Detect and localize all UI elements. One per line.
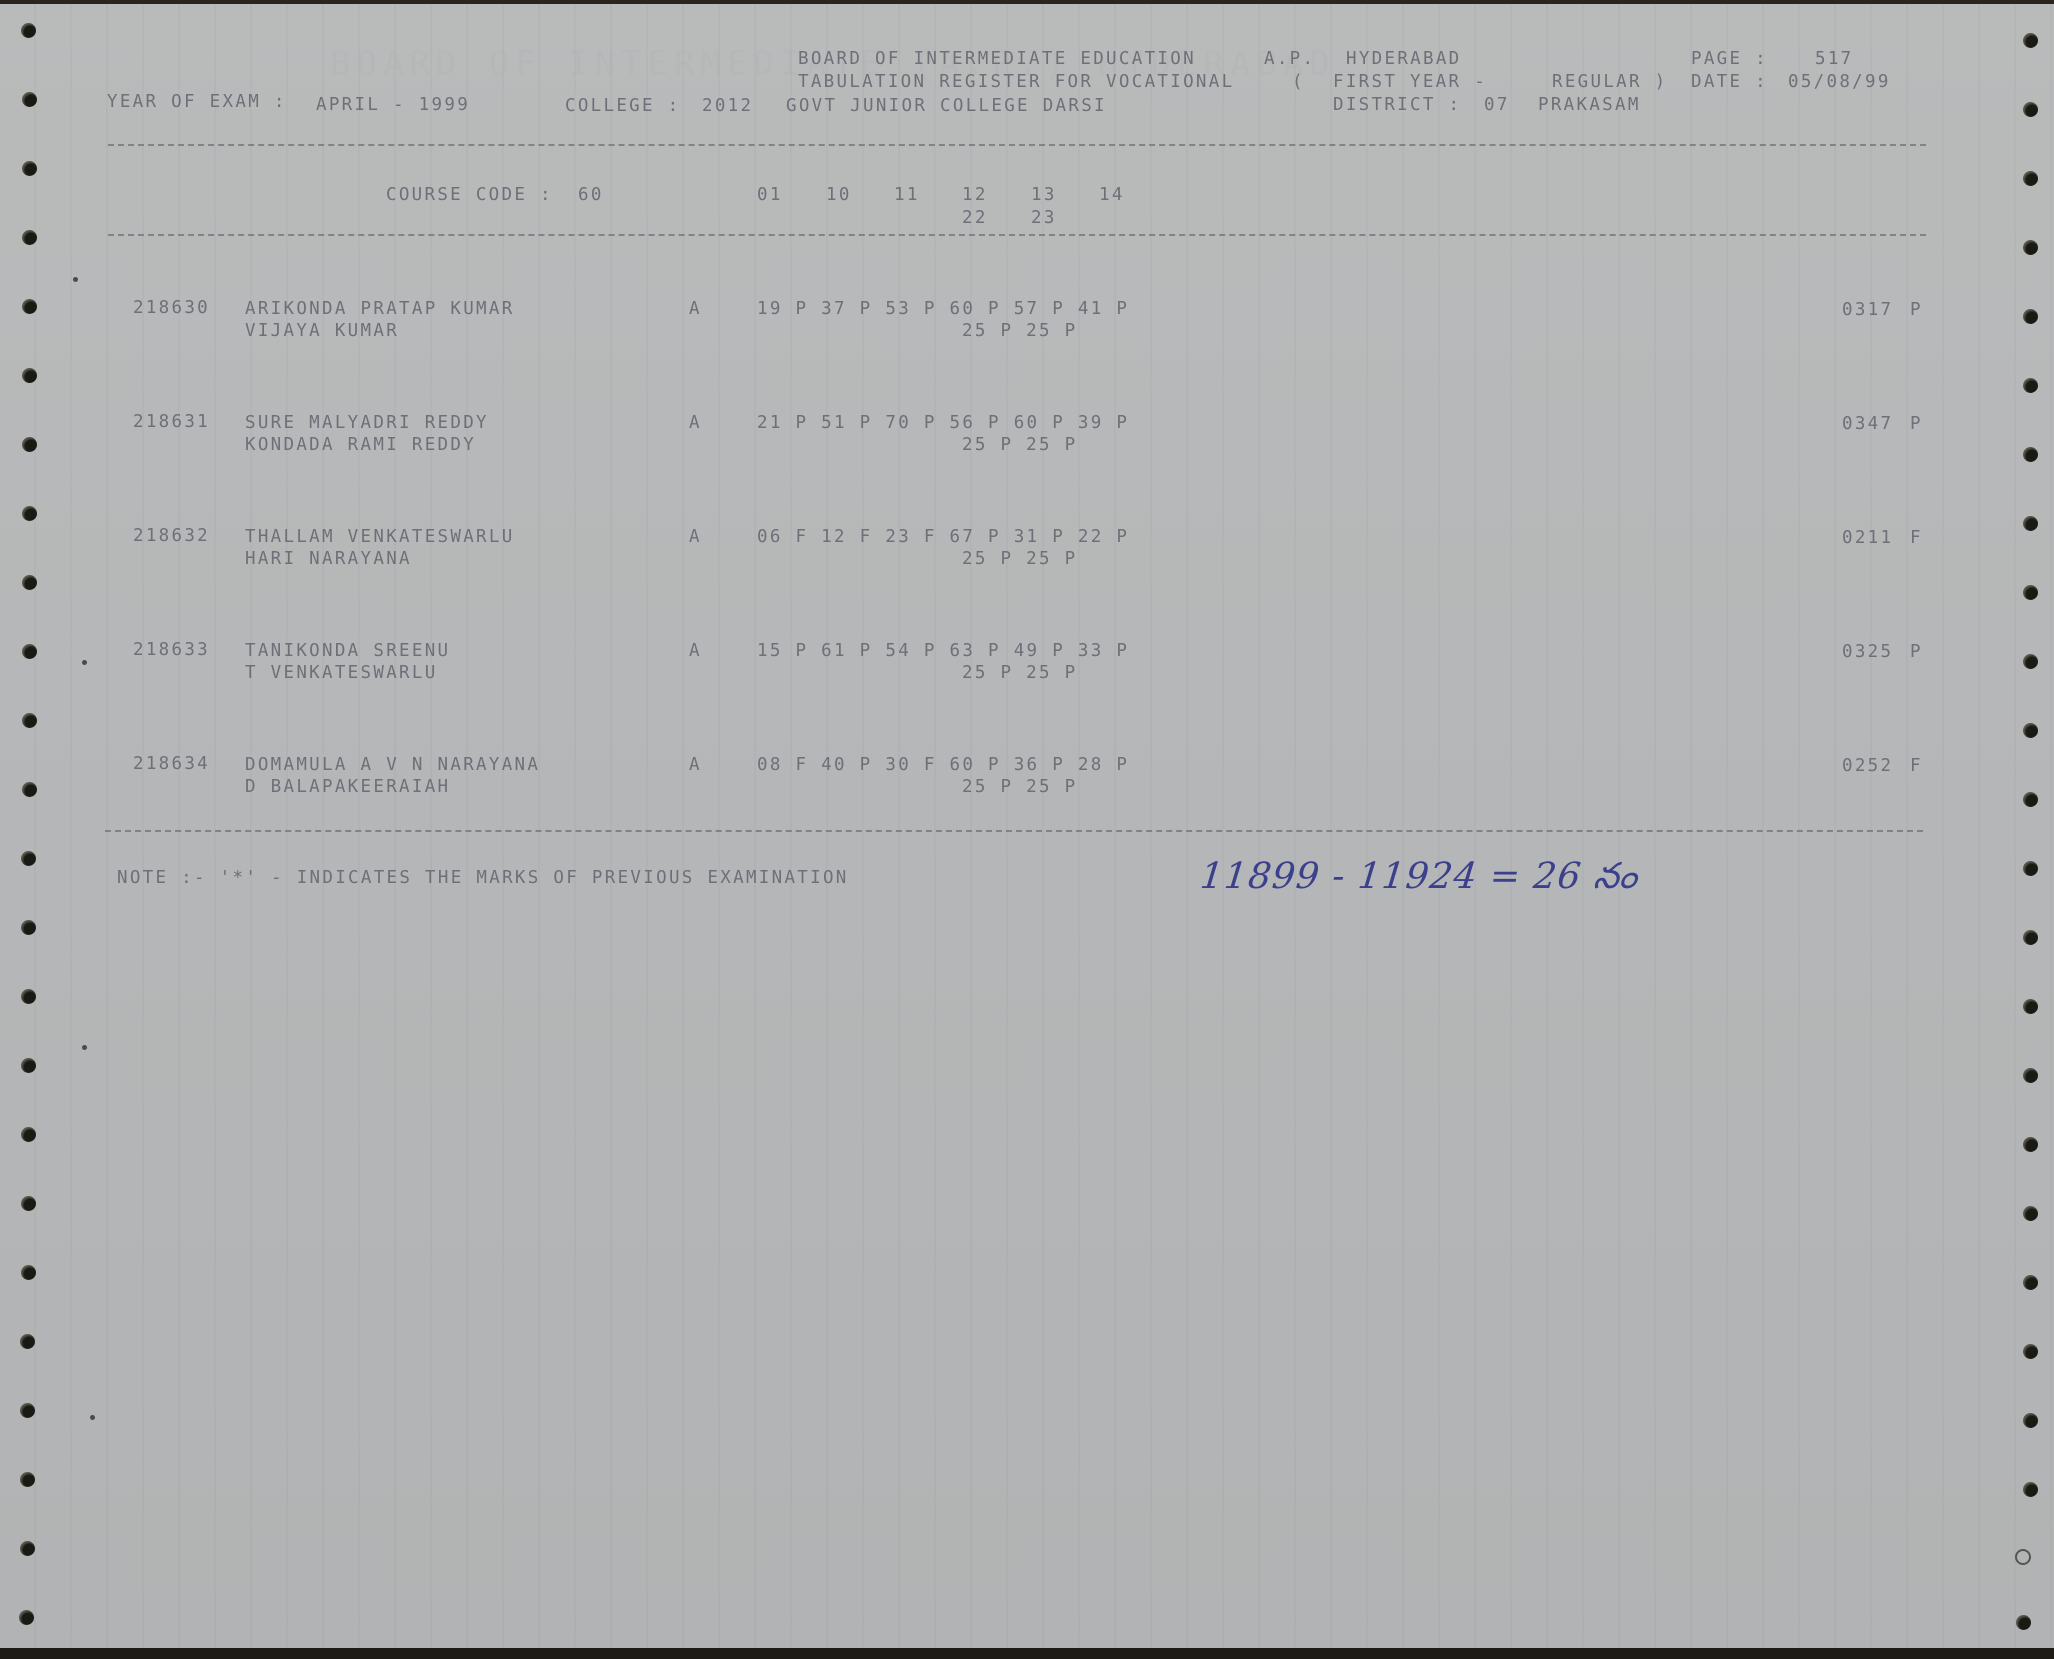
- year-of-exam-value: APRIL - 1999: [316, 95, 470, 115]
- torn-sprocket-hole-icon: [2015, 1549, 2031, 1565]
- sprocket-hole-icon: [22, 506, 37, 521]
- student-name: THALLAM VENKATESWARLU: [245, 527, 515, 547]
- college-label: COLLEGE :: [565, 96, 681, 116]
- sprocket-hole-icon: [2023, 1206, 2038, 1221]
- father-name: T VENKATESWARLU: [245, 663, 438, 683]
- sprocket-hole-icon: [2023, 240, 2038, 255]
- board-name: BOARD OF INTERMEDIATE EDUCATION: [798, 49, 1196, 69]
- result: F: [1910, 528, 1923, 548]
- sprocket-hole-icon: [2023, 1482, 2038, 1497]
- sprocket-hole-icon: [20, 1541, 35, 1556]
- sprocket-hole-icon: [2023, 723, 2038, 738]
- marks-line-2: 25 P 25 P: [962, 777, 1078, 797]
- columns-divider: [108, 234, 1926, 236]
- date-value: 05/08/99: [1788, 72, 1891, 92]
- page-label: PAGE :: [1691, 49, 1768, 69]
- subject-code: 12: [962, 185, 988, 205]
- sprocket-hole-icon: [20, 1472, 35, 1487]
- sprocket-hole-icon: [2023, 999, 2038, 1014]
- ink-speck: [82, 1045, 87, 1050]
- college-code: 2012: [702, 96, 753, 116]
- sprocket-hole-icon: [22, 437, 37, 452]
- subject-code: 13: [1031, 185, 1057, 205]
- printout-page: BOARD OF INTERMEDIATE (A.P.) HYDERABAD B…: [0, 4, 2054, 1650]
- sprocket-hole-icon: [2023, 1137, 2038, 1152]
- marks-line-1: 15 P 61 P 54 P 63 P 49 P 33 P: [757, 641, 1129, 661]
- roll-number: 218634: [133, 754, 210, 774]
- course-code-value: 60: [578, 185, 604, 205]
- district-name: PRAKASAM: [1538, 95, 1641, 115]
- category: A: [689, 527, 702, 547]
- sprocket-hole-icon: [22, 299, 37, 314]
- sprocket-hole-icon: [20, 1403, 35, 1418]
- district-code: 07: [1484, 95, 1510, 115]
- sprocket-hole-icon: [21, 1058, 36, 1073]
- sprocket-hole-icon: [2023, 861, 2038, 876]
- sprocket-hole-icon: [2023, 1275, 2038, 1290]
- roll-number: 218630: [133, 298, 210, 318]
- ink-speck: [73, 277, 78, 282]
- sprocket-hole-icon: [19, 1610, 34, 1625]
- sprocket-hole-icon: [2023, 171, 2038, 186]
- category: A: [689, 299, 702, 319]
- footer-note: NOTE :- '*' - INDICATES THE MARKS OF PRE…: [117, 868, 849, 888]
- marks-line-1: 21 P 51 P 70 P 56 P 60 P 39 P: [757, 413, 1129, 433]
- roll-number: 218631: [133, 412, 210, 432]
- course-code-label: COURSE CODE :: [386, 185, 553, 205]
- sprocket-hole-icon: [22, 713, 37, 728]
- sprocket-hole-icon: [2023, 33, 2038, 48]
- sprocket-hole-icon: [2023, 1344, 2038, 1359]
- sprocket-hole-icon: [2023, 102, 2038, 117]
- paren-open: (: [1292, 72, 1305, 92]
- year-of-exam-label: YEAR OF EXAM :: [107, 92, 287, 112]
- subject-code: 14: [1099, 185, 1125, 205]
- ghost-text: [245, 979, 345, 999]
- marks-line-1: 19 P 37 P 53 P 60 P 57 P 41 P: [757, 299, 1129, 319]
- sprocket-hole-icon: [22, 92, 37, 107]
- student-name: SURE MALYADRI REDDY: [245, 413, 489, 433]
- marks-line-2: 25 P 25 P: [962, 549, 1078, 569]
- student-name: TANIKONDA SREENU: [245, 641, 450, 661]
- total-marks: 0347: [1842, 414, 1893, 434]
- sprocket-hole-icon: [2023, 1413, 2038, 1428]
- total-marks: 0211: [1842, 528, 1893, 548]
- state-abbrev: A.P.: [1264, 49, 1315, 69]
- page-number: 517: [1815, 49, 1854, 69]
- sprocket-hole-icon: [2023, 654, 2038, 669]
- footer-divider: [105, 830, 1923, 832]
- subject-code: 22: [962, 208, 988, 228]
- father-name: HARI NARAYANA: [245, 549, 412, 569]
- subject-code: 10: [826, 185, 852, 205]
- sprocket-hole-icon: [2023, 1068, 2038, 1083]
- total-marks: 0317: [1842, 300, 1893, 320]
- category: A: [689, 755, 702, 775]
- marks-line-1: 06 F 12 F 23 F 67 P 31 P 22 P: [757, 527, 1129, 547]
- sprocket-hole-icon: [22, 782, 37, 797]
- subject-code: 01: [757, 185, 783, 205]
- sprocket-hole-icon: [22, 161, 37, 176]
- sprocket-hole-icon: [2023, 378, 2038, 393]
- sprocket-hole-icon: [21, 1265, 36, 1280]
- scanner-bed-edge: [0, 1648, 2054, 1659]
- sprocket-hole-icon: [21, 851, 36, 866]
- exam-type: REGULAR ): [1552, 72, 1668, 92]
- father-name: D BALAPAKEERAIAH: [245, 777, 450, 797]
- sprocket-hole-icon: [2023, 930, 2038, 945]
- result: F: [1910, 756, 1923, 776]
- sprocket-hole-icon: [2023, 792, 2038, 807]
- date-label: DATE :: [1691, 72, 1768, 92]
- father-name: VIJAYA KUMAR: [245, 321, 399, 341]
- subject-code: 23: [1031, 208, 1057, 228]
- sprocket-hole-icon: [2023, 585, 2038, 600]
- sprocket-hole-icon: [20, 1334, 35, 1349]
- sprocket-hole-icon: [21, 1127, 36, 1142]
- ink-speck: [90, 1415, 95, 1420]
- marks-line-2: 25 P 25 P: [962, 663, 1078, 683]
- category: A: [689, 413, 702, 433]
- father-name: KONDADA RAMI REDDY: [245, 435, 476, 455]
- district-label: DISTRICT :: [1333, 95, 1461, 115]
- handwritten-annotation: 11899 - 11924 = 26 నం: [1197, 856, 1640, 906]
- total-marks: 0252: [1842, 756, 1893, 776]
- sprocket-hole-icon: [2016, 1615, 2031, 1630]
- sprocket-hole-icon: [2023, 447, 2038, 462]
- city-name: HYDERABAD: [1346, 49, 1462, 69]
- marks-line-2: 25 P 25 P: [962, 435, 1078, 455]
- student-name: ARIKONDA PRATAP KUMAR: [245, 299, 515, 319]
- ink-speck: [82, 660, 87, 665]
- sprocket-hole-icon: [2023, 309, 2038, 324]
- marks-line-1: 08 F 40 P 30 F 60 P 36 P 28 P: [757, 755, 1129, 775]
- subject-code: 11: [894, 185, 920, 205]
- sprocket-hole-icon: [22, 575, 37, 590]
- sprocket-hole-icon: [21, 1196, 36, 1211]
- sprocket-hole-icon: [21, 989, 36, 1004]
- result: P: [1910, 414, 1923, 434]
- college-name: GOVT JUNIOR COLLEGE DARSI: [786, 96, 1107, 116]
- result: P: [1910, 300, 1923, 320]
- year-type: FIRST YEAR -: [1333, 72, 1487, 92]
- sprocket-hole-icon: [2023, 516, 2038, 531]
- sprocket-hole-icon: [21, 23, 36, 38]
- roll-number: 218633: [133, 640, 210, 660]
- marks-line-2: 25 P 25 P: [962, 321, 1078, 341]
- sprocket-hole-icon: [22, 644, 37, 659]
- category: A: [689, 641, 702, 661]
- result: P: [1910, 642, 1923, 662]
- sprocket-hole-icon: [21, 920, 36, 935]
- register-title: TABULATION REGISTER FOR VOCATIONAL: [798, 72, 1234, 92]
- student-name: DOMAMULA A V N NARAYANA: [245, 755, 540, 775]
- sprocket-hole-icon: [22, 230, 37, 245]
- total-marks: 0325: [1842, 642, 1893, 662]
- header-divider: [108, 144, 1926, 146]
- sprocket-hole-icon: [22, 368, 37, 383]
- roll-number: 218632: [133, 526, 210, 546]
